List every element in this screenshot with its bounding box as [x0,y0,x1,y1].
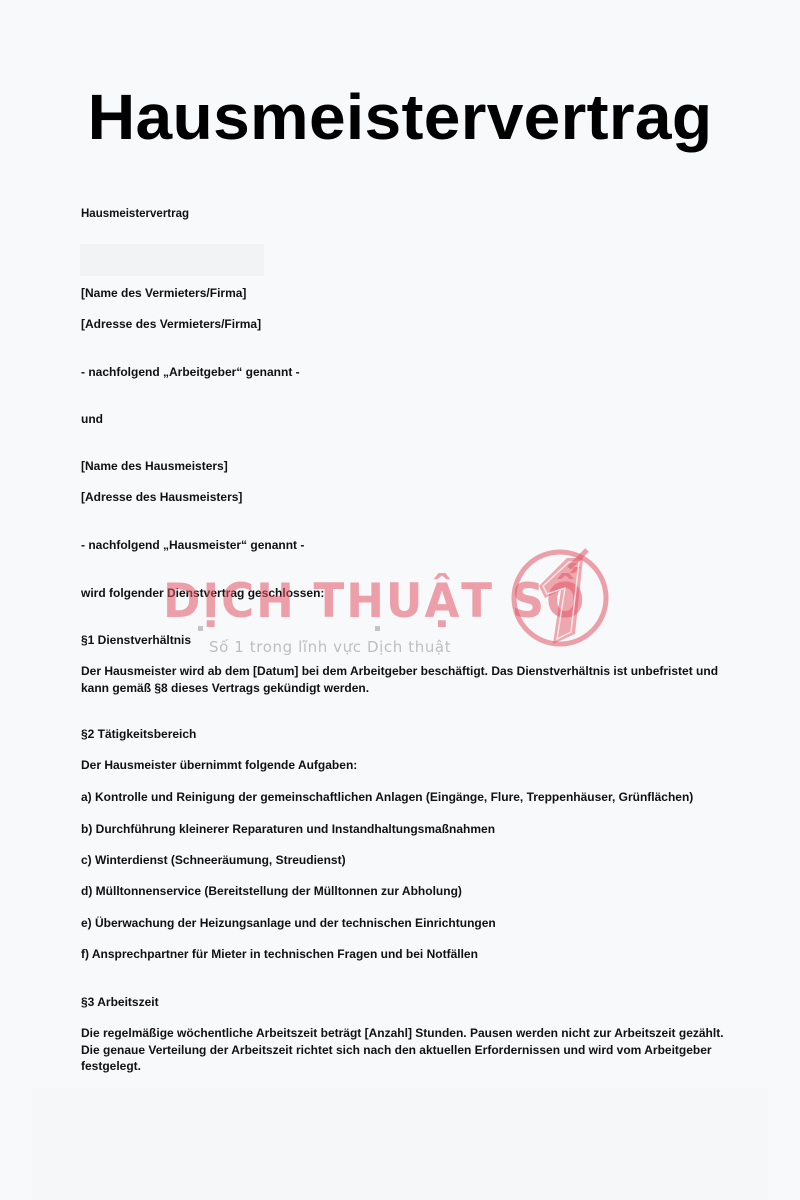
caretaker-address: [Adresse des Hausmeisters] [81,489,242,505]
section-1-body: Der Hausmeister wird ab dem [Datum] bei … [81,663,741,696]
task-item-a: a) Kontrolle und Reinigung der gemeinsch… [81,789,693,805]
watermark-tagline: Số 1 trong lĩnh vực Dịch thuật [209,637,451,657]
caretaker-name: [Name des Hausmeisters] [81,458,228,474]
watermark-dot [198,626,203,631]
section-3-body: Die regelmäßige wöchentliche Arbeitszeit… [81,1025,741,1075]
task-item-e: e) Überwachung der Heizungsanlage und de… [81,915,496,931]
section-2-heading: §2 Tätigkeitsbereich [81,726,196,742]
watermark-logo-icon [505,546,615,650]
watermark-dot [375,626,380,631]
employer-name: [Name des Vermieters/Firma] [81,285,246,301]
contract-intro: wird folgender Dienstvertrag geschlossen… [81,585,324,601]
contract-heading: Hausmeistervertrag [81,206,189,222]
caretaker-designation: - nachfolgend „Hausmeister“ genannt - [81,537,304,553]
conjunction-und: und [81,411,103,427]
employer-address: [Adresse des Vermieters/Firma] [81,316,261,332]
section-1-heading: §1 Dienstverhältnis [81,632,191,648]
blank-placeholder-area [80,244,264,276]
document-page: Hausmeistervertrag Hausmeistervertrag [N… [0,0,800,1200]
task-item-c: c) Winterdienst (Schneeräumung, Streudie… [81,852,346,868]
section-3-heading: §3 Arbeitszeit [81,994,159,1010]
section-2-intro: Der Hausmeister übernimmt folgende Aufga… [81,757,357,773]
task-item-d: d) Mülltonnenservice (Bereitstellung der… [81,883,462,899]
employer-designation: - nachfolgend „Arbeitgeber“ genannt - [81,364,300,380]
task-item-f: f) Ansprechpartner für Mieter in technis… [81,946,478,962]
task-item-b: b) Durchführung kleinerer Reparaturen un… [81,821,495,837]
document-title: Hausmeistervertrag [0,72,800,162]
faded-lower-area [32,1088,768,1200]
